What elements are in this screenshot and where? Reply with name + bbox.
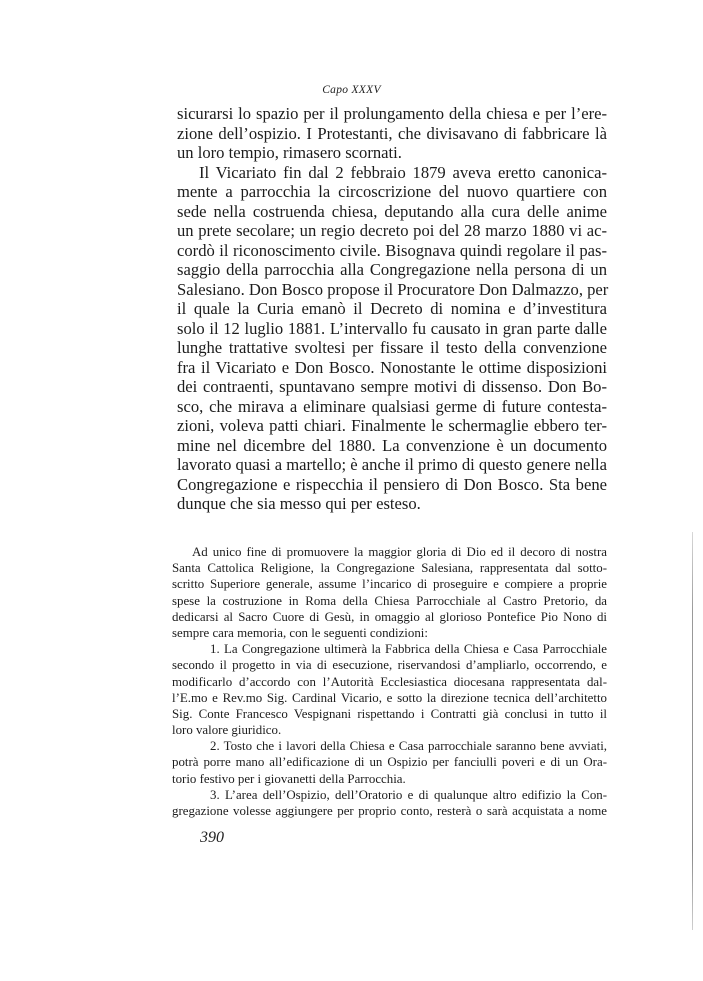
body-line: lavorato quasi a martello; è anche il pr… <box>177 455 607 475</box>
quote-line: spese la costruzione in Roma della Chies… <box>172 593 607 609</box>
scan-edge-line <box>692 532 693 930</box>
body-line: mine nel dicembre del 1880. La convenzio… <box>177 436 607 456</box>
body-line: Il Vicariato fin dal 2 febbraio 1879 ave… <box>177 163 607 183</box>
body-line: il quale la Curia emanò il Decreto di no… <box>177 299 607 319</box>
body-line: zione dell’ospizio. I Protestanti, che d… <box>177 124 607 144</box>
main-text-block: sicurarsi lo spazio per il prolungamento… <box>177 104 607 514</box>
body-line: Salesiano. Don Bosco propose il Procurat… <box>177 280 607 300</box>
quote-line: scritto Superiore generale, assume l’inc… <box>172 576 607 592</box>
body-line: solo il 12 luglio 1881. L’intervallo fu … <box>177 319 607 339</box>
page-number: 390 <box>200 829 224 847</box>
convention-quote-block: Ad unico fine di promuovere la maggior g… <box>172 544 607 819</box>
body-line: saggio della parrocchia alla Congregazio… <box>177 260 607 280</box>
book-page: Capo XXXV sicurarsi lo spazio per il pro… <box>0 0 703 981</box>
quote-line: loro valore giuridico. <box>172 722 607 738</box>
body-line: dunque che sia messo qui per esteso. <box>177 494 607 514</box>
quote-line: dedicarsi al Sacro Cuore di Gesù, in oma… <box>172 609 607 625</box>
quote-line: l’E.mo e Rev.mo Sig. Cardinal Vicario, e… <box>172 690 607 706</box>
quote-line: Santa Cattolica Religione, la Congregazi… <box>172 560 607 576</box>
quote-line: sempre cara memoria, con le seguenti con… <box>172 625 607 641</box>
body-line: un loro tempio, rimasero scornati. <box>177 143 607 163</box>
body-line: lunghe trattative svoltesi per fissare i… <box>177 338 607 358</box>
quote-line: Sig. Conte Francesco Vespignani rispetta… <box>172 706 607 722</box>
quote-line: secondo il progetto in via di esecuzione… <box>172 657 607 673</box>
body-line: dei contraenti, spuntavano sempre motivi… <box>177 377 607 397</box>
quote-line: torio festivo per i giovanetti della Par… <box>172 771 607 787</box>
quote-item-1-line: 1. La Congregazione ultimerà la Fabbrica… <box>172 641 607 657</box>
quote-line: modificarlo d’accordo con l’Autorità Ecc… <box>172 674 607 690</box>
body-line: fra il Vicariato e Don Bosco. Nonostante… <box>177 358 607 378</box>
body-line: zioni, voleva patti chiari. Finalmente l… <box>177 416 607 436</box>
body-line: un prete secolare; un regio decreto poi … <box>177 221 607 241</box>
running-head: Capo XXXV <box>0 84 703 96</box>
quote-line: potrà porre mano all’edificazione di un … <box>172 754 607 770</box>
quote-line: gregazione volesse aggiungere per propri… <box>172 803 607 819</box>
body-line: cordò il riconoscimento civile. Bisognav… <box>177 241 607 261</box>
quote-line: Ad unico fine di promuovere la maggior g… <box>172 544 607 560</box>
body-line: mente a parrocchia la circoscrizione del… <box>177 182 607 202</box>
quote-item-3-line: 3. L’area dell’Ospizio, dell’Oratorio e … <box>172 787 607 803</box>
body-line: Congregazione e rispecchia il pensiero d… <box>177 475 607 495</box>
body-line: sede nella costruenda chiesa, deputando … <box>177 202 607 222</box>
body-line: sicurarsi lo spazio per il prolungamento… <box>177 104 607 124</box>
quote-item-2-line: 2. Tosto che i lavori della Chiesa e Cas… <box>172 738 607 754</box>
body-line: sco, che mirava a eliminare qualsiasi ge… <box>177 397 607 417</box>
